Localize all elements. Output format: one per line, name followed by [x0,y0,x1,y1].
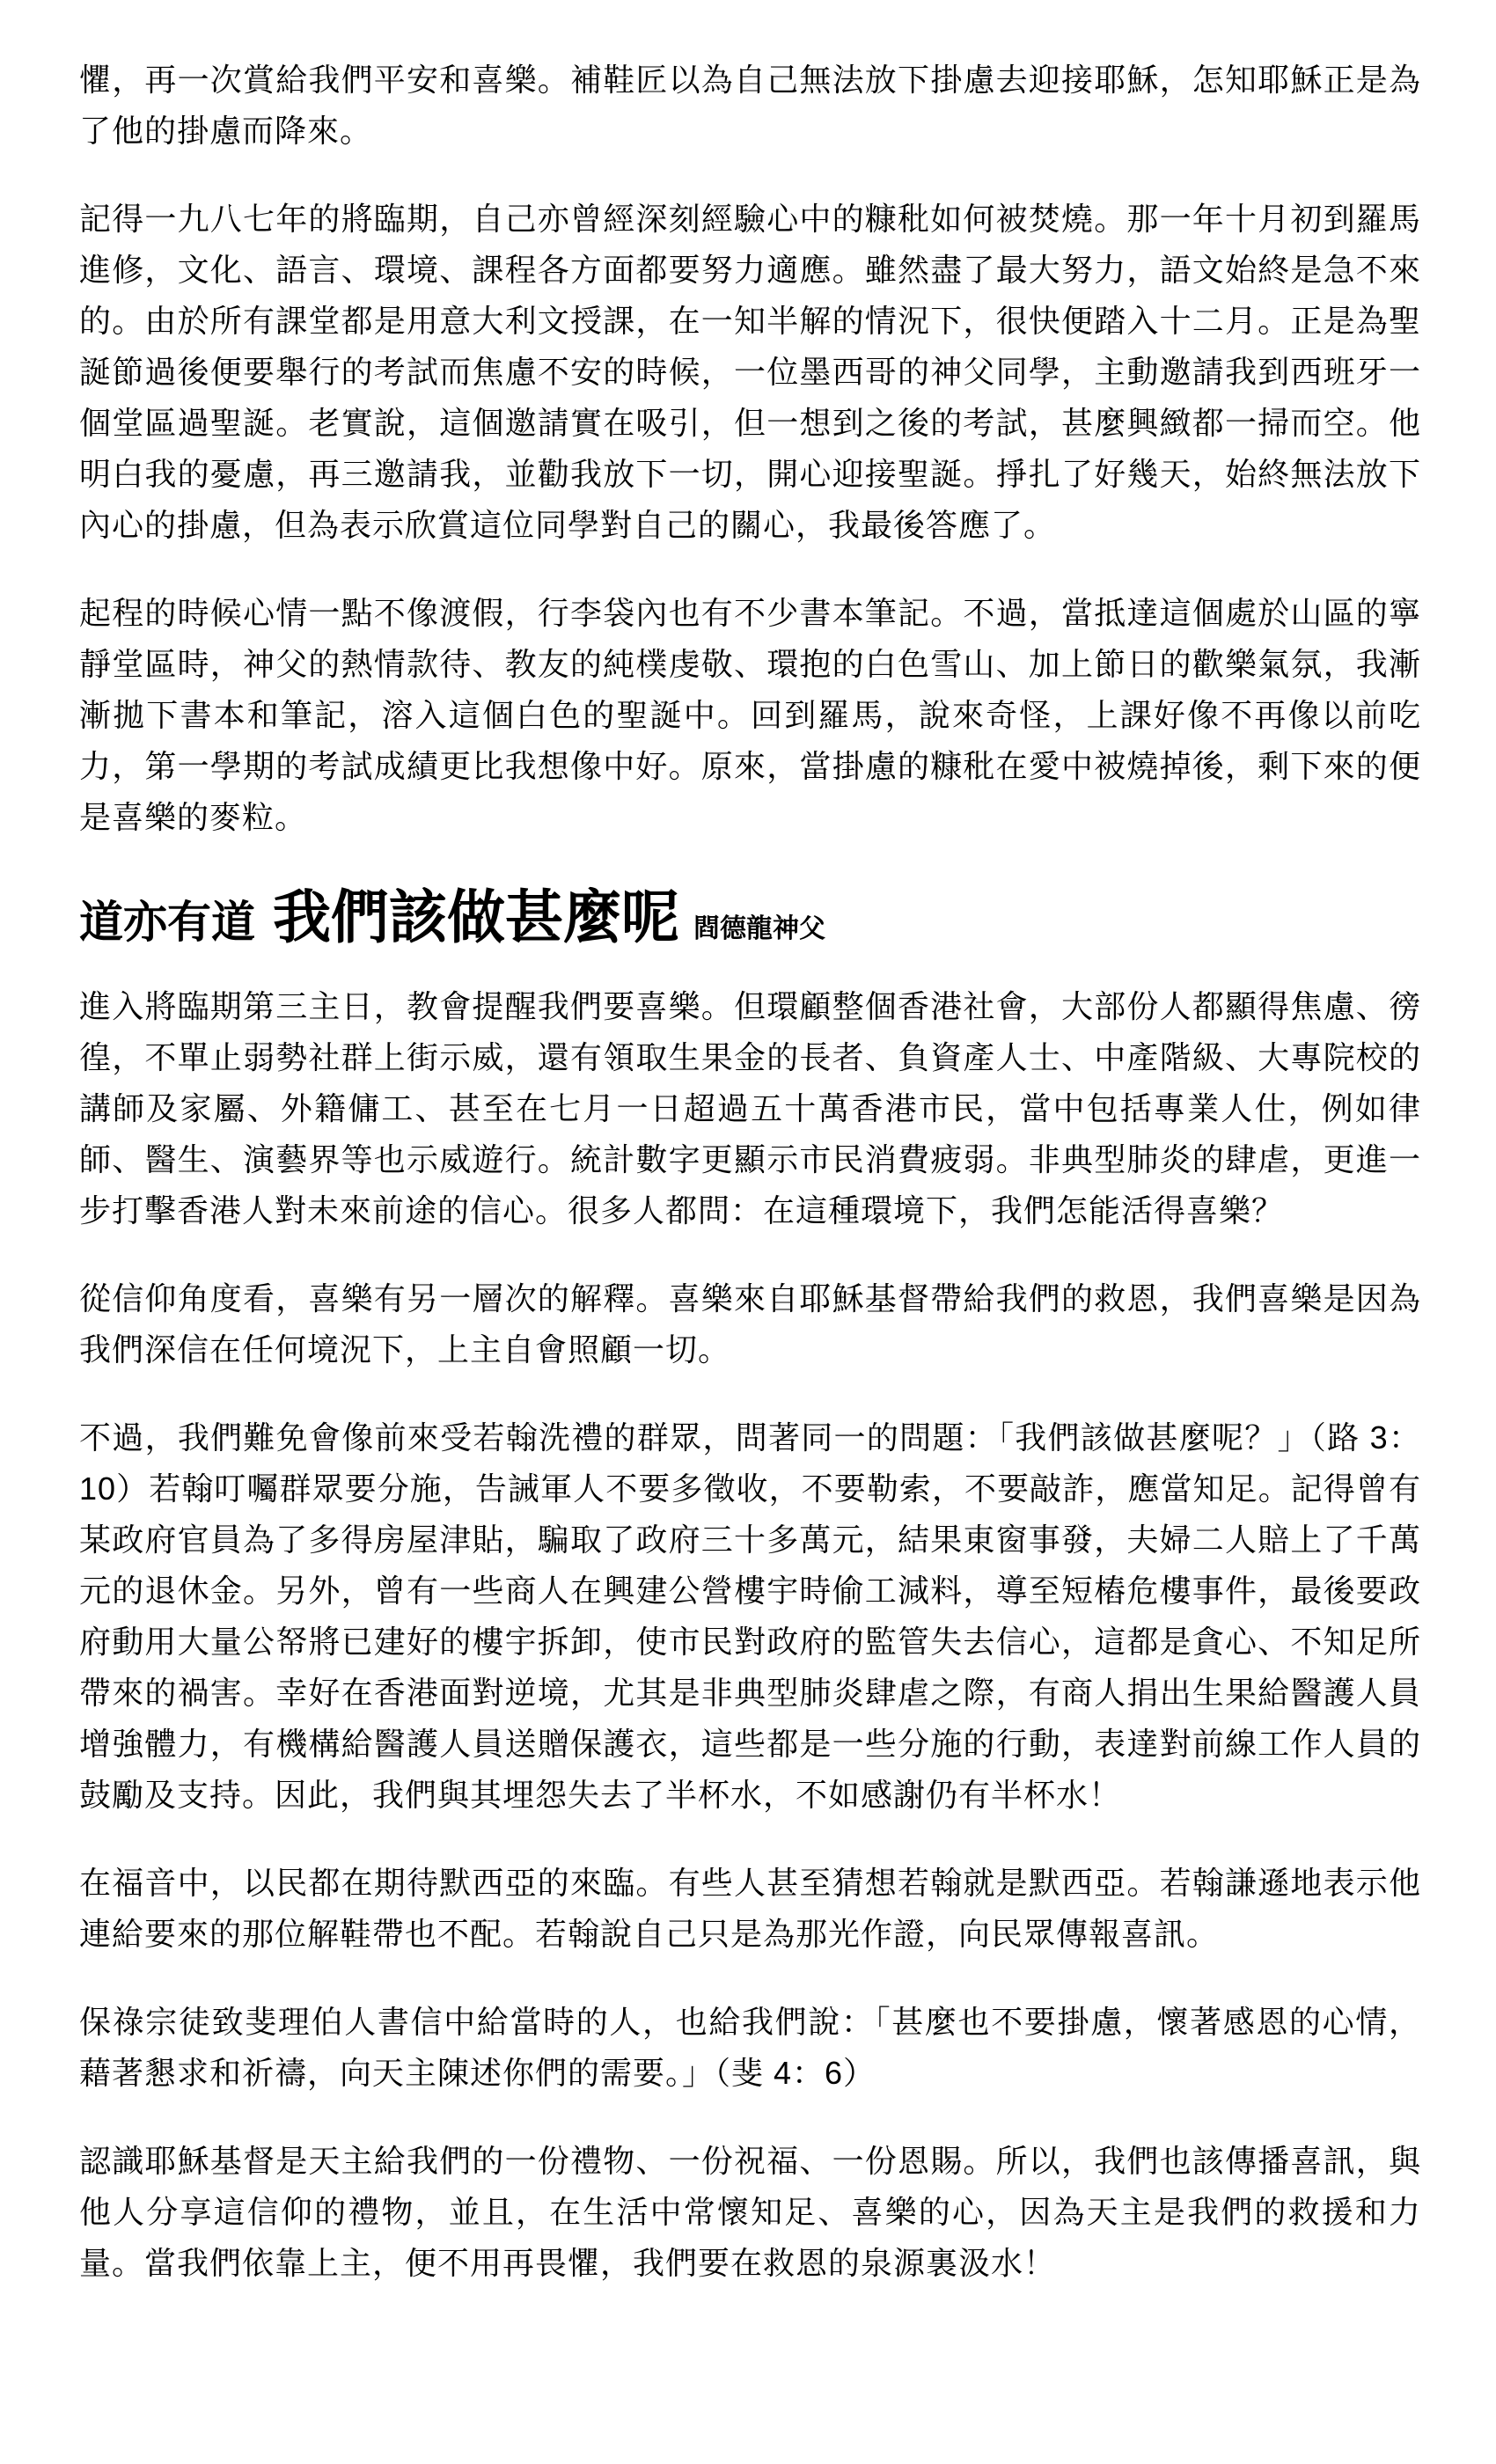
paragraph: 保祿宗徒致斐理伯人書信中給當時的人，也給我們說：「甚麼也不要掛慮，懷著感恩的心情… [79,1997,1421,2099]
paragraph: 認識耶穌基督是天主給我們的一份禮物、一份祝福、一份恩賜。所以，我們也該傳播喜訊，… [79,2136,1421,2289]
paragraph: 不過，我們難免會像前來受若翰洗禮的群眾，問著同一的問題：「我們該做甚麼呢？」（路… [79,1412,1421,1821]
heading-title: 我們該做甚麼呢 [273,884,679,950]
paragraph: 進入將臨期第三主日，教會提醒我們要喜樂。但環顧整個香港社會，大部份人都顯得焦慮、… [79,981,1421,1236]
section-heading: 道亦有道我們該做甚麼呢閰德龍神父 [79,885,1421,950]
paragraph: 起程的時候心情一點不像渡假，行李袋內也有不少書本筆記。不過，當抵達這個處於山區的… [79,588,1421,843]
heading-author: 閰德龍神父 [693,914,825,943]
document-page: 懼，再一次賞給我們平安和喜樂。補鞋匠以為自己無法放下掛慮去迎接耶穌，怎知耶穌正是… [0,0,1496,2464]
paragraph: 從信仰角度看，喜樂有另一層次的解釋。喜樂來自耶穌基督帶給我們的救恩，我們喜樂是因… [79,1273,1421,1375]
paragraph: 在福音中，以民都在期待默西亞的來臨。有些人甚至猜想若翰就是默西亞。若翰謙遜地表示… [79,1858,1421,1960]
heading-kicker: 道亦有道 [79,898,255,947]
paragraph: 記得一九八七年的將臨期，自己亦曾經深刻經驗心中的糠秕如何被焚燒。那一年十月初到羅… [79,194,1421,551]
paragraph: 懼，再一次賞給我們平安和喜樂。補鞋匠以為自己無法放下掛慮去迎接耶穌，怎知耶穌正是… [79,55,1421,157]
